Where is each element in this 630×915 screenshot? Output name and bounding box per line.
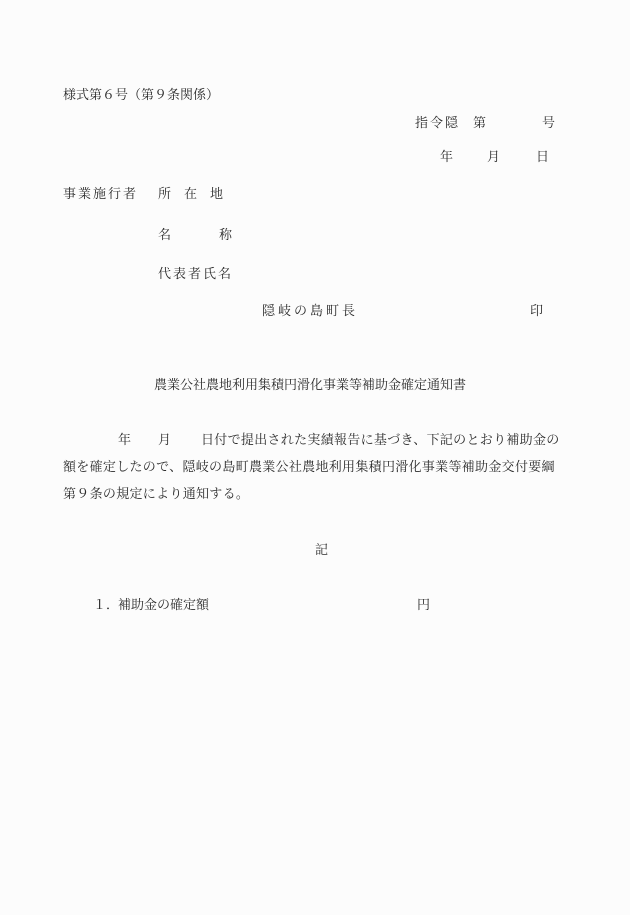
name-label-part1: 名 <box>158 228 171 244</box>
name-label-part2: 称 <box>219 228 232 244</box>
ki-heading: 記 <box>315 543 328 559</box>
body-year: 年 <box>118 433 131 449</box>
body-line1-text: 日付で提出された実績報告に基づき、下記のとおり補助金の <box>201 433 560 449</box>
form-number: 様式第６号（第９条関係） <box>63 88 219 104</box>
reference-dai: 第 <box>473 116 486 132</box>
date-month: 月 <box>487 150 500 166</box>
recipient-role-label: 事業施行者 <box>63 187 138 203</box>
body-line3: 第９条の規定により通知する。 <box>63 487 583 503</box>
document-title: 農業公社農地利用集積円滑化事業等補助金確定通知書 <box>154 378 466 394</box>
representative-label: 代表者氏名 <box>158 267 233 283</box>
body-line2: 額を確定したので、隠岐の島町農業公社農地利用集積円滑化事業等補助金交付要綱 <box>63 460 583 476</box>
date-year: 年 <box>440 150 453 166</box>
item-unit: 円 <box>417 598 430 614</box>
body-month: 月 <box>158 433 171 449</box>
seal-mark: 印 <box>530 304 543 320</box>
sender-title: 隠岐の島町長 <box>262 304 358 320</box>
date-day: 日 <box>536 150 549 166</box>
address-label: 所 在 地 <box>158 187 223 203</box>
item-label: 補助金の確定額 <box>118 598 209 614</box>
reference-prefix: 指令隠 <box>415 116 460 132</box>
reference-go: 号 <box>542 116 555 132</box>
item-number: １． <box>93 598 119 614</box>
